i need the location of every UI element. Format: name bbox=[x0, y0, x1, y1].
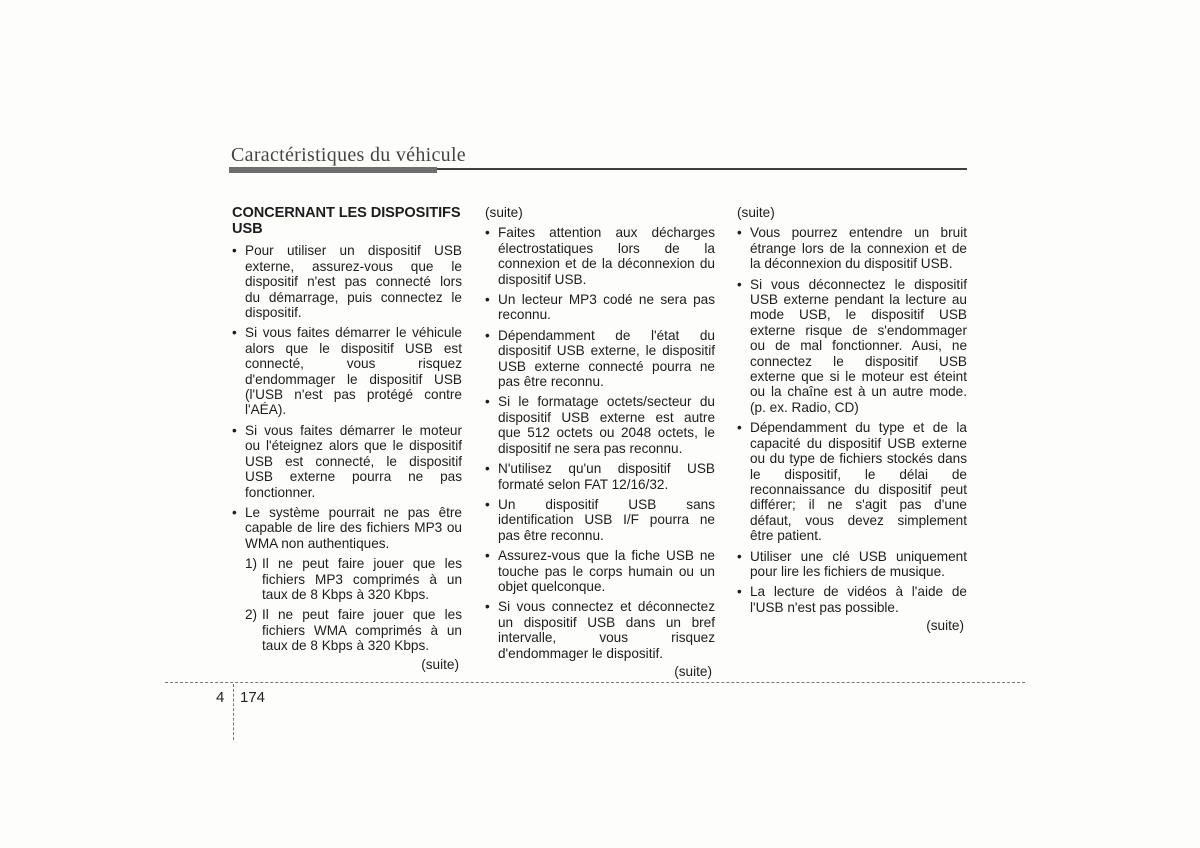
text-line: électrostatiques lors de la bbox=[498, 241, 715, 256]
suite-continuation-label: (suite) bbox=[232, 657, 462, 672]
bullet-list-item: •Si vous connectez et déconnectezun disp… bbox=[485, 599, 715, 661]
text-line: dispositif USB externe, le dispositif bbox=[498, 343, 715, 358]
item-text: Il ne peut faire jouer que lesfichiers W… bbox=[262, 607, 462, 653]
text-line: formaté selon FAT 12/16/32. bbox=[498, 477, 715, 492]
text-line: Si vous faites démarrer le moteur bbox=[245, 423, 462, 438]
text-line: fichiers WMA comprimés à un bbox=[262, 623, 462, 638]
text-line: Utiliser une clé USB uniquement bbox=[750, 549, 967, 564]
bullet-marker: • bbox=[485, 548, 498, 594]
text-line: (p. ex. Radio, CD) bbox=[750, 400, 967, 415]
text-line: capacité du dispositif USB externe bbox=[750, 436, 967, 451]
text-line: Il ne peut faire jouer que les bbox=[262, 607, 462, 622]
bullet-marker: • bbox=[485, 599, 498, 661]
chapter-title: Caractéristiques du véhicule bbox=[231, 144, 466, 167]
footer-chapter-number: 4 bbox=[216, 689, 224, 706]
bullet-list-item: •La lecture de vidéos à l'aide del'USB n… bbox=[737, 584, 967, 615]
text-line: externe que si le moteur est éteint bbox=[750, 369, 967, 384]
text-line: objet quelconque. bbox=[498, 579, 715, 594]
bullet-list-item: •Dépendamment de l'état dudispositif USB… bbox=[485, 328, 715, 390]
item-text: Si vous faites démarrer le véhiculealors… bbox=[245, 325, 462, 417]
bullet-list-item: •Si vous faites démarrer le véhiculealor… bbox=[232, 325, 462, 417]
text-line: connecté, vous risquez bbox=[245, 356, 462, 371]
item-text: Pour utiliser un dispositif USBexterne, … bbox=[245, 243, 462, 320]
numbered-list-item: 1)Il ne peut faire jouer que lesfichiers… bbox=[245, 556, 462, 602]
text-line: fichiers MP3 comprimés à un bbox=[262, 572, 462, 587]
bullet-list-item: •Dépendamment du type et de lacapacité d… bbox=[737, 420, 967, 543]
bullet-marker: • bbox=[232, 325, 245, 417]
text-line: d'endommager le dispositif. bbox=[498, 646, 715, 661]
numbered-list-item: 2)Il ne peut faire jouer que lesfichiers… bbox=[245, 607, 462, 653]
text-line: Dépendamment de l'état du bbox=[498, 328, 715, 343]
item-text: Un lecteur MP3 codé ne sera pasreconnu. bbox=[498, 292, 715, 323]
footer-page-number: 174 bbox=[240, 689, 265, 706]
text-line: touche pas le corps humain ou un bbox=[498, 564, 715, 579]
bullet-list-item: •Utiliser une clé USB uniquementpour lir… bbox=[737, 549, 967, 580]
item-text: Si vous faites démarrer le moteurou l'ét… bbox=[245, 423, 462, 500]
text-line: que 512 octets ou 2048 octets, le bbox=[498, 425, 715, 440]
text-line: identification USB I/F pourra ne bbox=[498, 512, 715, 527]
text-line: fonctionner. bbox=[245, 485, 462, 500]
text-line: reconnaissance du dispositif peut bbox=[750, 482, 967, 497]
title-underline-bar bbox=[229, 167, 437, 173]
text-line: mode USB, le dispositif USB bbox=[750, 307, 967, 322]
text-line: Un lecteur MP3 codé ne sera pas bbox=[498, 292, 715, 307]
item-text: Il ne peut faire jouer que lesfichiers M… bbox=[262, 556, 462, 602]
bullet-list-item: •Pour utiliser un dispositif USBexterne,… bbox=[232, 243, 462, 320]
item-text: Dépendamment du type et de lacapacité du… bbox=[750, 420, 967, 543]
text-line: Si le formatage octets/secteur du bbox=[498, 394, 715, 409]
text-line: pas être reconnu. bbox=[498, 528, 715, 543]
bullet-marker: • bbox=[485, 225, 498, 287]
manual-page: Caractéristiques du véhicule CONCERNANT … bbox=[0, 0, 1200, 848]
text-column-right: (suite)•Vous pourrez entendre un bruitét… bbox=[737, 205, 967, 634]
bullet-list-item: •Le système pourrait ne pas êtrecapable … bbox=[232, 505, 462, 551]
text-line: reconnu. bbox=[498, 307, 715, 322]
bullet-marker: • bbox=[485, 292, 498, 323]
text-line: un dispositif USB dans un bref bbox=[498, 615, 715, 630]
bullet-list-item: •Un lecteur MP3 codé ne sera pasreconnu. bbox=[485, 292, 715, 323]
text-line: la déconnexion du dispositif USB. bbox=[750, 256, 967, 271]
bullet-marker: • bbox=[737, 549, 750, 580]
text-line: dispositif USB. bbox=[498, 272, 715, 287]
text-line: taux de 8 Kbps à 320 Kbps. bbox=[262, 587, 462, 602]
text-line: Un dispositif USB sans bbox=[498, 497, 715, 512]
item-text: Faites attention aux déchargesélectrosta… bbox=[498, 225, 715, 287]
bullet-marker: • bbox=[232, 505, 245, 551]
item-text: Si vous connectez et déconnectezun dispo… bbox=[498, 599, 715, 661]
bullet-marker: • bbox=[485, 497, 498, 543]
text-line: Le système pourrait ne pas être bbox=[245, 505, 462, 520]
text-line: être patient. bbox=[750, 528, 967, 543]
section-heading-line: USB bbox=[232, 221, 462, 237]
item-text: Vous pourrez entendre un bruitétrange lo… bbox=[750, 225, 967, 271]
text-line: USB externe pendant la lecture au bbox=[750, 292, 967, 307]
text-line: Dépendamment du type et de la bbox=[750, 420, 967, 435]
bullet-marker: • bbox=[737, 584, 750, 615]
text-line: défaut, vous devez simplement bbox=[750, 513, 967, 528]
text-line: Si vous déconnectez le dispositif bbox=[750, 277, 967, 292]
text-line: Assurez-vous que la fiche USB ne bbox=[498, 548, 715, 563]
text-line: WMA non authentiques. bbox=[245, 536, 462, 551]
bullet-marker: • bbox=[232, 243, 245, 320]
text-line: différer; il ne s'agit pas d'une bbox=[750, 497, 967, 512]
text-line: pour lire les fichiers de musique. bbox=[750, 564, 967, 579]
text-line: Faites attention aux décharges bbox=[498, 225, 715, 240]
text-line: ou la chaîne est à un autre mode. bbox=[750, 384, 967, 399]
text-line: l'AÉA). bbox=[245, 402, 462, 417]
bullet-marker: • bbox=[737, 225, 750, 271]
text-line: USB externe pourra ne pas bbox=[245, 469, 462, 484]
bullet-list-item: •Faites attention aux déchargesélectrost… bbox=[485, 225, 715, 287]
text-line: Si vous connectez et déconnectez bbox=[498, 599, 715, 614]
text-line: dispositif ne sera pas reconnu. bbox=[498, 441, 715, 456]
item-text: Un dispositif USB sansidentification USB… bbox=[498, 497, 715, 543]
text-line: pas être reconnu. bbox=[498, 374, 715, 389]
number-marker: 2) bbox=[245, 607, 262, 653]
text-line: ou l'éteignez alors que le dispositif bbox=[245, 438, 462, 453]
text-line: externe, assurez-vous que le bbox=[245, 259, 462, 274]
bullet-marker: • bbox=[232, 423, 245, 500]
item-text: Si vous déconnectez le dispositifUSB ext… bbox=[750, 277, 967, 416]
text-line: le dispositif, le délai de bbox=[750, 467, 967, 482]
bullet-list-item: •N'utilisez qu'un dispositif USBformaté … bbox=[485, 461, 715, 492]
text-line: externe risque de s'endommager bbox=[750, 323, 967, 338]
bullet-marker: • bbox=[737, 420, 750, 543]
item-text: Utiliser une clé USB uniquementpour lire… bbox=[750, 549, 967, 580]
suite-continuation-label: (suite) bbox=[485, 205, 715, 220]
text-line: taux de 8 Kbps à 320 Kbps. bbox=[262, 638, 462, 653]
text-line: Vous pourrez entendre un bruit bbox=[750, 225, 967, 240]
footer-dashed-divider bbox=[233, 684, 234, 740]
bullet-marker: • bbox=[485, 328, 498, 390]
suite-continuation-label: (suite) bbox=[737, 618, 967, 633]
text-line: Il ne peut faire jouer que les bbox=[262, 556, 462, 571]
text-line: ou de mal fonctionner. Ausi, ne bbox=[750, 338, 967, 353]
bullet-marker: • bbox=[737, 277, 750, 416]
bullet-list-item: •Si vous faites démarrer le moteurou l'é… bbox=[232, 423, 462, 500]
text-line: Pour utiliser un dispositif USB bbox=[245, 243, 462, 258]
suite-continuation-label: (suite) bbox=[485, 664, 715, 679]
text-line: USB est connecté, le dispositif bbox=[245, 454, 462, 469]
item-text: Assurez-vous que la fiche USB netouche p… bbox=[498, 548, 715, 594]
text-line: connexion et de la déconnexion du bbox=[498, 256, 715, 271]
text-line: dispositif. bbox=[245, 305, 462, 320]
text-column-left: CONCERNANT LES DISPOSITIFSUSB•Pour utili… bbox=[232, 205, 462, 672]
item-text: La lecture de vidéos à l'aide del'USB n'… bbox=[750, 584, 967, 615]
text-line: ou du type de fichiers stockés dans bbox=[750, 451, 967, 466]
text-line: d'endommager le dispositif USB bbox=[245, 372, 462, 387]
text-line: connectez le dispositif USB bbox=[750, 354, 967, 369]
text-line: USB externe connecté pourra ne bbox=[498, 359, 715, 374]
text-line: l'USB n'est pas possible. bbox=[750, 600, 967, 615]
text-line: dispositif n'est pas connecté lors bbox=[245, 274, 462, 289]
bullet-marker: • bbox=[485, 461, 498, 492]
number-marker: 1) bbox=[245, 556, 262, 602]
bullet-list-item: •Si vous déconnectez le dispositifUSB ex… bbox=[737, 277, 967, 416]
suite-continuation-label: (suite) bbox=[737, 205, 967, 220]
text-line: alors que le dispositif USB est bbox=[245, 341, 462, 356]
item-text: N'utilisez qu'un dispositif USBformaté s… bbox=[498, 461, 715, 492]
bullet-list-item: •Si le formatage octets/secteur dudispos… bbox=[485, 394, 715, 456]
bullet-list-item: •Un dispositif USB sansidentification US… bbox=[485, 497, 715, 543]
bullet-list-item: •Assurez-vous que la fiche USB netouche … bbox=[485, 548, 715, 594]
text-line: N'utilisez qu'un dispositif USB bbox=[498, 461, 715, 476]
text-line: étrange lors de la connexion et de bbox=[750, 241, 967, 256]
section-heading: CONCERNANT LES DISPOSITIFSUSB bbox=[232, 205, 462, 237]
text-line: capable de lire des fichiers MP3 ou bbox=[245, 520, 462, 535]
footer-dashed-rule bbox=[165, 682, 1025, 683]
bullet-list-item: •Vous pourrez entendre un bruitétrange l… bbox=[737, 225, 967, 271]
text-line: intervalle, vous risquez bbox=[498, 630, 715, 645]
title-underline-rule bbox=[437, 168, 967, 170]
text-line: (l'USB n'est pas protégé contre bbox=[245, 387, 462, 402]
item-text: Si le formatage octets/secteur dudisposi… bbox=[498, 394, 715, 456]
text-line: du démarrage, puis connectez le bbox=[245, 290, 462, 305]
text-line: dispositif USB externe est autre bbox=[498, 410, 715, 425]
item-text: Dépendamment de l'état dudispositif USB … bbox=[498, 328, 715, 390]
text-column-middle: (suite)•Faites attention aux déchargesél… bbox=[485, 205, 715, 679]
bullet-marker: • bbox=[485, 394, 498, 456]
text-line: Si vous faites démarrer le véhicule bbox=[245, 325, 462, 340]
section-heading-line: CONCERNANT LES DISPOSITIFS bbox=[232, 205, 462, 221]
text-line: La lecture de vidéos à l'aide de bbox=[750, 584, 967, 599]
item-text: Le système pourrait ne pas êtrecapable d… bbox=[245, 505, 462, 551]
